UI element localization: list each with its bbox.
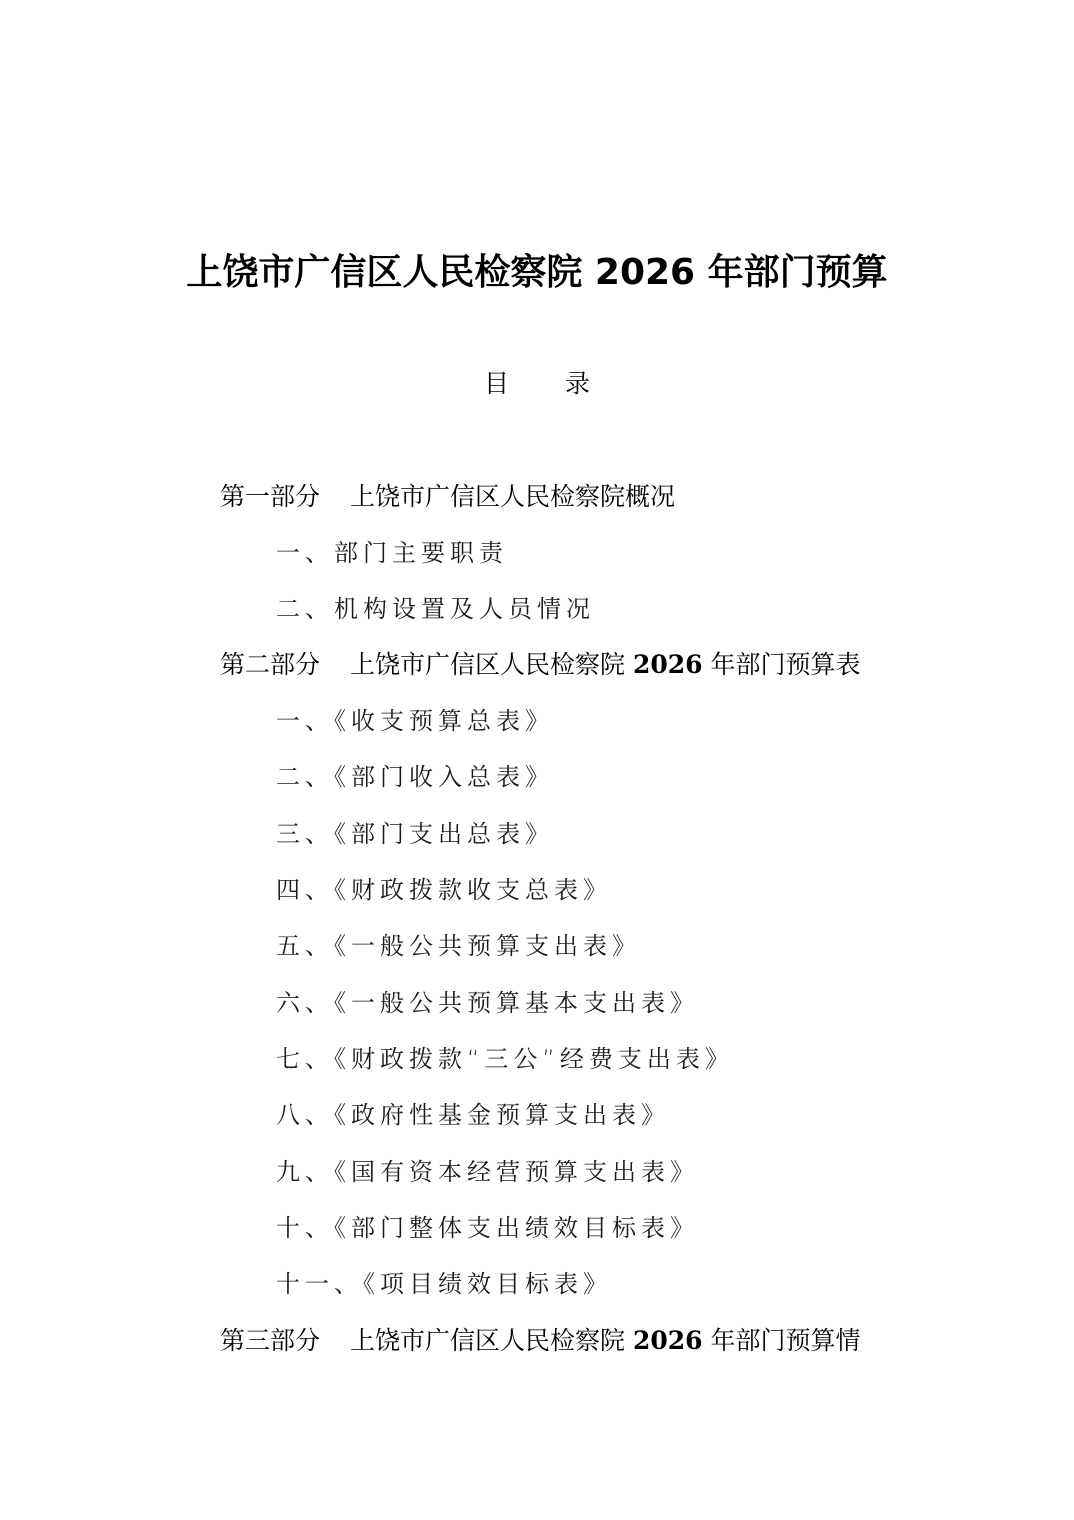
part-title-prefix: 上饶市广信区人民检察院: [350, 650, 625, 679]
toc-item[interactable]: 三、《部门支出总表》: [276, 814, 554, 854]
toc-heading-left: 目: [484, 364, 509, 404]
toc-heading: 目录: [0, 364, 1074, 404]
part-title-prefix: 上饶市广信区人民检察院: [350, 1326, 625, 1355]
toc-item[interactable]: 一、部门主要职责: [276, 533, 508, 573]
part-number: 第二部分: [220, 645, 320, 685]
part-number: 第一部分: [220, 477, 320, 517]
toc-part-1[interactable]: 第一部分上饶市广信区人民检察院概况: [220, 477, 675, 517]
toc-part-3[interactable]: 第三部分上饶市广信区人民检察院 2026 年部门预算情: [220, 1321, 861, 1361]
part-year: 2026: [633, 1326, 703, 1355]
part-year: 2026: [633, 650, 703, 679]
part-title-suffix: 年部门预算情: [711, 1326, 861, 1355]
part-title-suffix: 年部门预算表: [711, 650, 861, 679]
toc-item[interactable]: 七、《财政拨款“三公”经费支出表》: [276, 1039, 734, 1079]
toc-heading-right: 录: [565, 364, 590, 404]
toc-item[interactable]: 八、《政府性基金预算支出表》: [276, 1095, 670, 1135]
toc-item[interactable]: 二、《部门收入总表》: [276, 757, 554, 797]
part-number: 第三部分: [220, 1321, 320, 1361]
toc-item[interactable]: 九、《国有资本经营预算支出表》: [276, 1152, 699, 1192]
toc-item[interactable]: 六、《一般公共预算基本支出表》: [276, 983, 699, 1023]
toc-item[interactable]: 十、《部门整体支出绩效目标表》: [276, 1208, 699, 1248]
toc-item[interactable]: 十一、《项目绩效目标表》: [276, 1264, 612, 1304]
document-page: 上饶市广信区人民检察院 2026 年部门预算 目录 第一部分上饶市广信区人民检察…: [0, 0, 1074, 1520]
toc-part-2[interactable]: 第二部分上饶市广信区人民检察院 2026 年部门预算表: [220, 645, 861, 685]
part-title: 上饶市广信区人民检察院概况: [350, 482, 675, 511]
document-title: 上饶市广信区人民检察院 2026 年部门预算: [0, 248, 1074, 298]
toc-item[interactable]: 二、机构设置及人员情况: [276, 589, 595, 629]
toc-item[interactable]: 一、《收支预算总表》: [276, 701, 554, 741]
toc-item[interactable]: 五、《一般公共预算支出表》: [276, 926, 641, 966]
toc-item[interactable]: 四、《财政拨款收支总表》: [276, 870, 612, 910]
